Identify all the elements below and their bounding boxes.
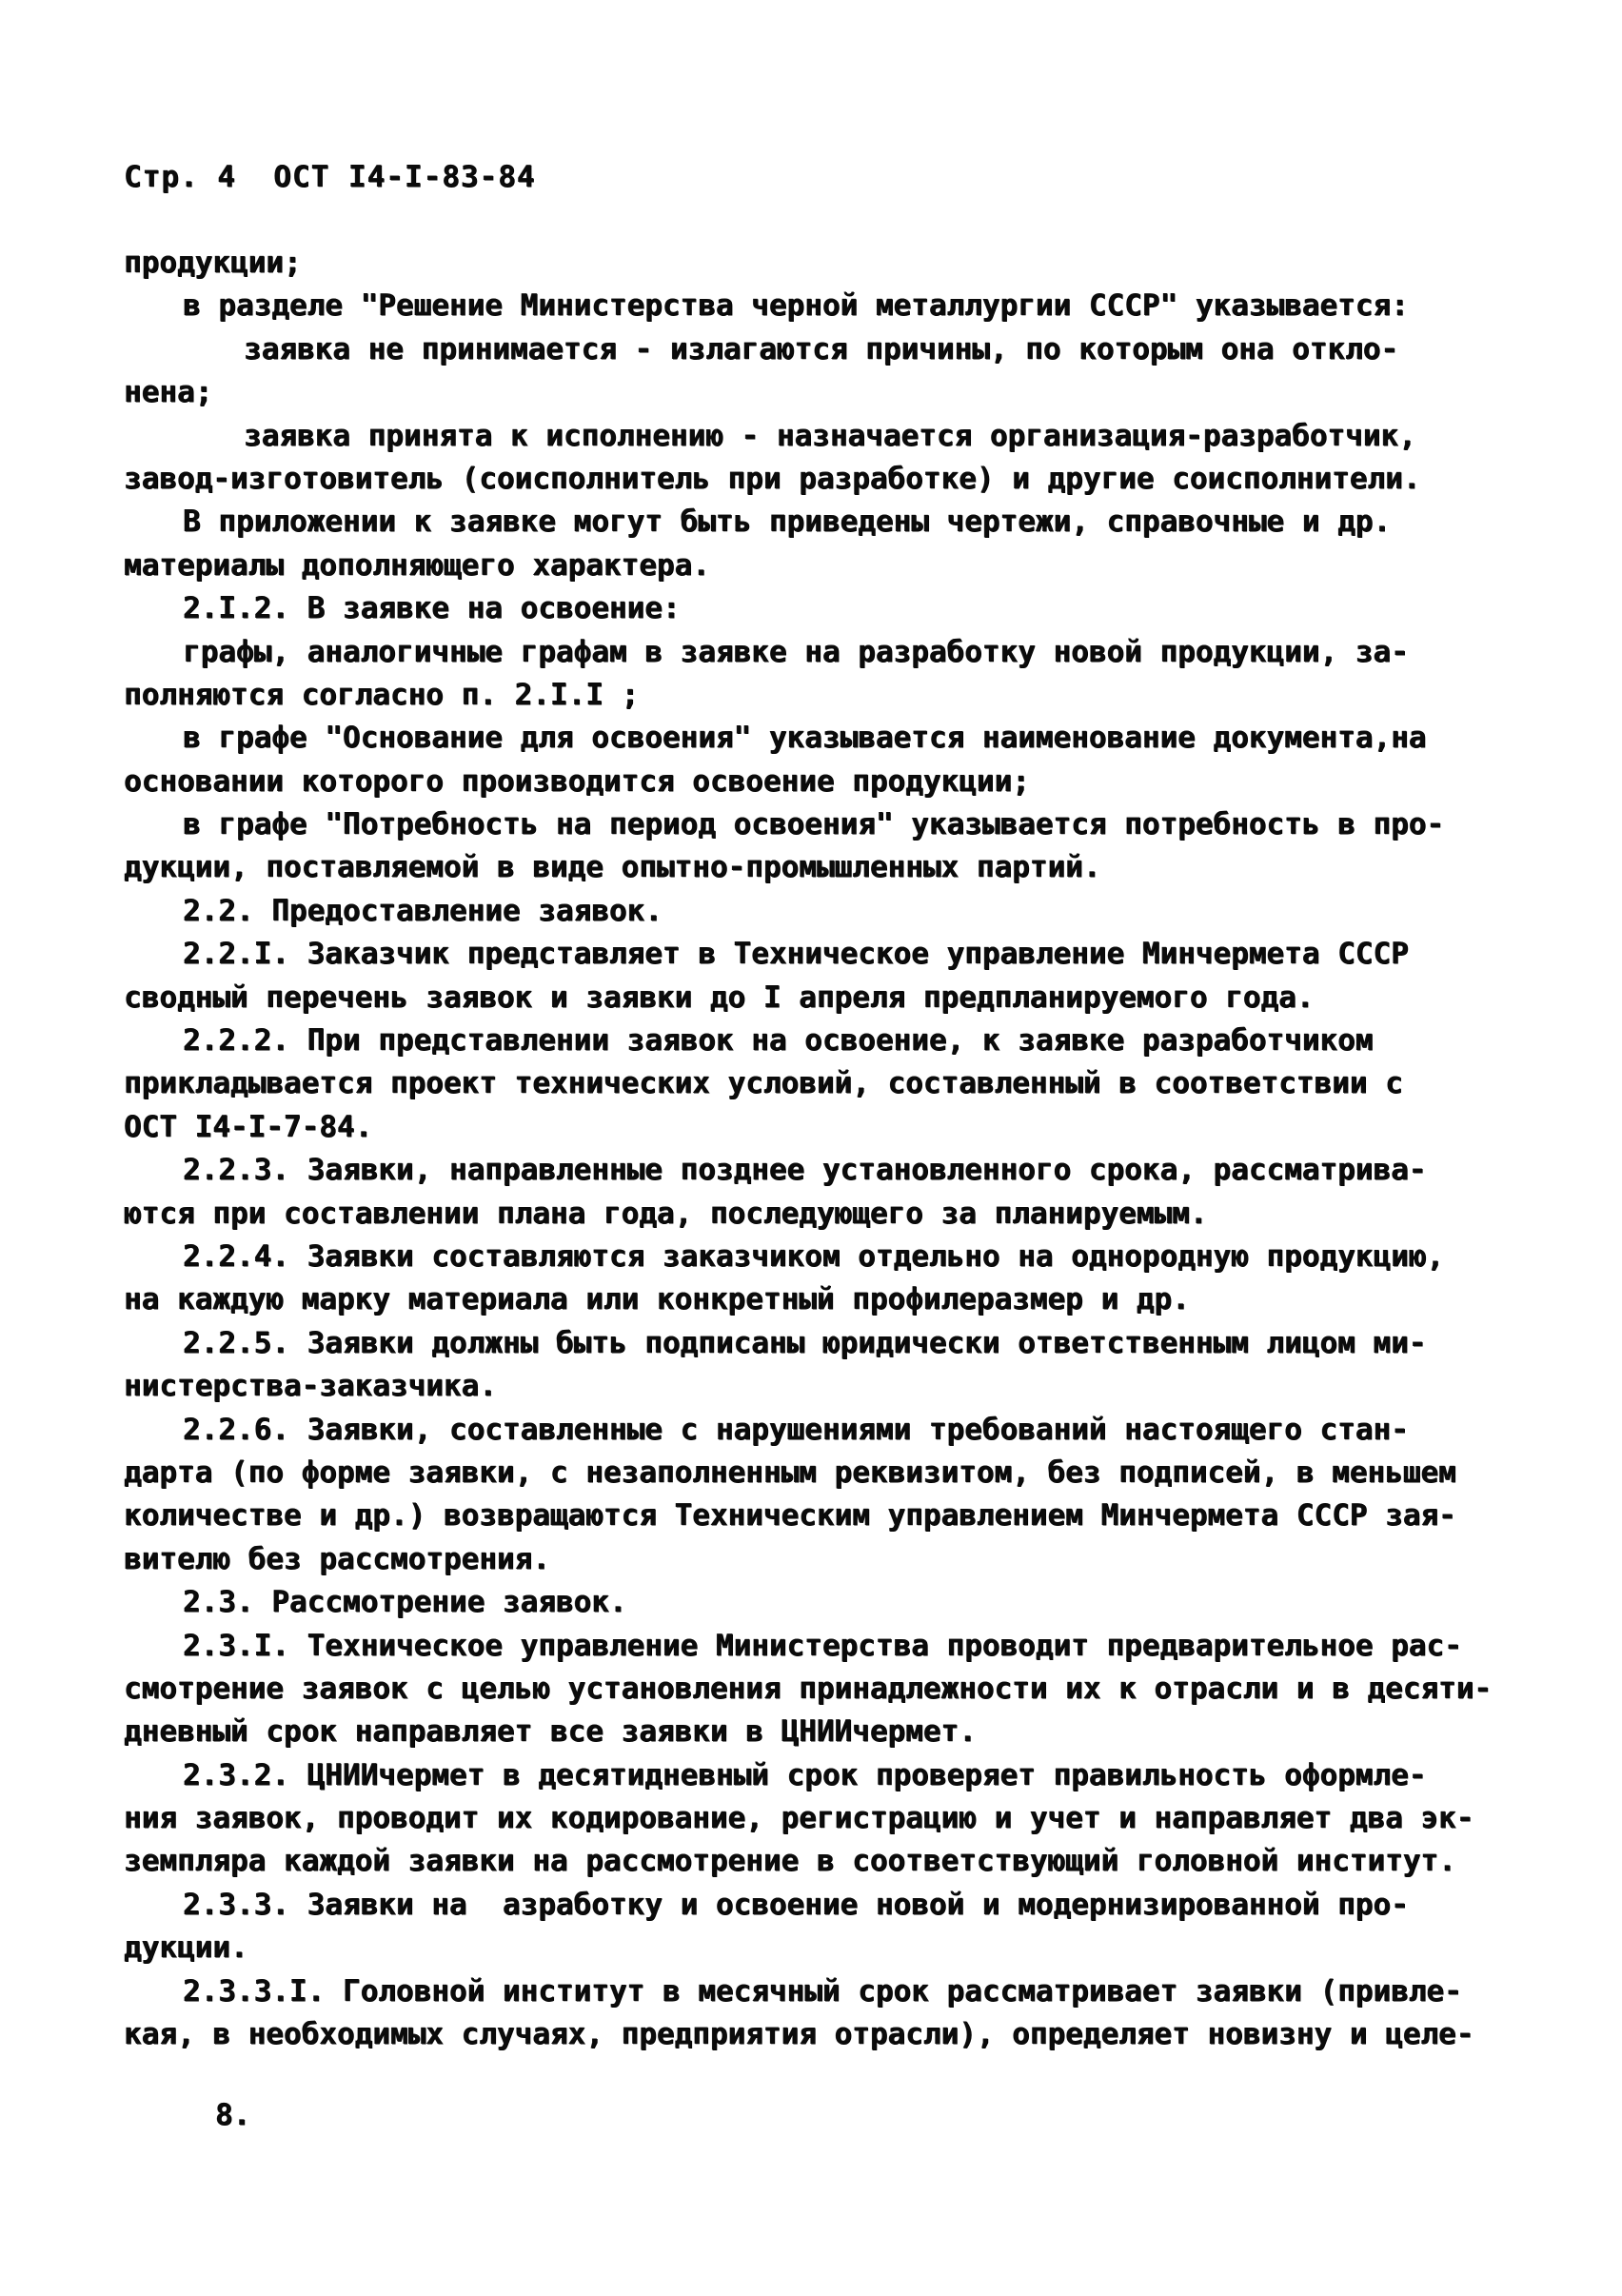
text-line: материалы дополняющего характера. — [124, 544, 1533, 587]
page-header: Стр. 4 ОСТ I4-I-83-84 — [124, 160, 536, 194]
text-line: заявка не принимается - излагаются причи… — [124, 328, 1533, 371]
text-line: дарта (по форме заявки, с незаполненным … — [124, 1452, 1533, 1494]
text-line: 2.2.5. Заявки должны быть подписаны юрид… — [124, 1322, 1533, 1365]
document-body: продукции;в разделе "Решение Министерств… — [124, 242, 1533, 2056]
text-line: 2.3.I. Техническое управление Министерст… — [124, 1625, 1533, 1668]
page-number: 8. — [215, 2098, 250, 2132]
text-line: вителю без рассмотрения. — [124, 1538, 1533, 1581]
text-line: 2.2. Предоставление заявок. — [124, 890, 1533, 933]
text-line: дукции. — [124, 1927, 1533, 1969]
text-line: графы, аналогичные графам в заявке на ра… — [124, 631, 1533, 674]
text-line: продукции; — [124, 242, 1533, 285]
text-line: смотрение заявок с целью установления пр… — [124, 1668, 1533, 1711]
text-line: дукции, поставляемой в виде опытно-промы… — [124, 846, 1533, 889]
text-line: количестве и др.) возвращаются Техническ… — [124, 1494, 1533, 1537]
text-line: полняются согласно п. 2.I.I ; — [124, 674, 1533, 717]
text-line: 2.3.3.I. Головной институт в месячный ср… — [124, 1970, 1533, 2013]
text-line: в графе "Потребность на период освоения"… — [124, 803, 1533, 846]
text-line: сводный перечень заявок и заявки до I ап… — [124, 977, 1533, 1019]
text-line: завод-изготовитель (соисполнитель при ра… — [124, 458, 1533, 501]
text-line: кая, в необходимых случаях, предприятия … — [124, 2013, 1533, 2056]
text-line: В приложении к заявке могут быть приведе… — [124, 501, 1533, 544]
text-line: 2.3.3. Заявки на азработку и освоение но… — [124, 1884, 1533, 1927]
text-line: в графе "Основание для освоения" указыва… — [124, 717, 1533, 760]
text-line: ются при составлении плана года, последу… — [124, 1193, 1533, 1236]
text-line: дневный срок направляет все заявки в ЦНИ… — [124, 1711, 1533, 1753]
text-line: 2.I.2. В заявке на освоение: — [124, 587, 1533, 630]
text-line: 2.2.3. Заявки, направленные позднее уста… — [124, 1149, 1533, 1192]
text-line: 2.2.4. Заявки составляются заказчиком от… — [124, 1236, 1533, 1278]
scanned-document-page: Стр. 4 ОСТ I4-I-83-84 продукции;в раздел… — [0, 0, 1622, 2296]
text-line: 2.2.I. Заказчик представляет в Техническ… — [124, 933, 1533, 976]
text-line: на каждую марку материала или конкретный… — [124, 1278, 1533, 1321]
text-line: нистерства-заказчика. — [124, 1365, 1533, 1408]
text-line: нена; — [124, 371, 1533, 414]
text-line: 2.2.2. При представлении заявок на освое… — [124, 1019, 1533, 1062]
text-line: ния заявок, проводит их кодирование, рег… — [124, 1797, 1533, 1840]
text-line: 2.3. Рассмотрение заявок. — [124, 1581, 1533, 1624]
text-line: ОСТ I4-I-7-84. — [124, 1106, 1533, 1149]
text-line: заявка принята к исполнению - назначаетс… — [124, 415, 1533, 458]
text-line: основании которого производится освоение… — [124, 761, 1533, 803]
text-line: 2.2.6. Заявки, составленные с нарушениям… — [124, 1409, 1533, 1452]
text-line: прикладывается проект технических услови… — [124, 1062, 1533, 1105]
text-line: 2.3.2. ЦНИИчермет в десятидневный срок п… — [124, 1754, 1533, 1797]
text-line: в разделе "Решение Министерства черной м… — [124, 285, 1533, 327]
text-line: земпляра каждой заявки на рассмотрение в… — [124, 1840, 1533, 1883]
